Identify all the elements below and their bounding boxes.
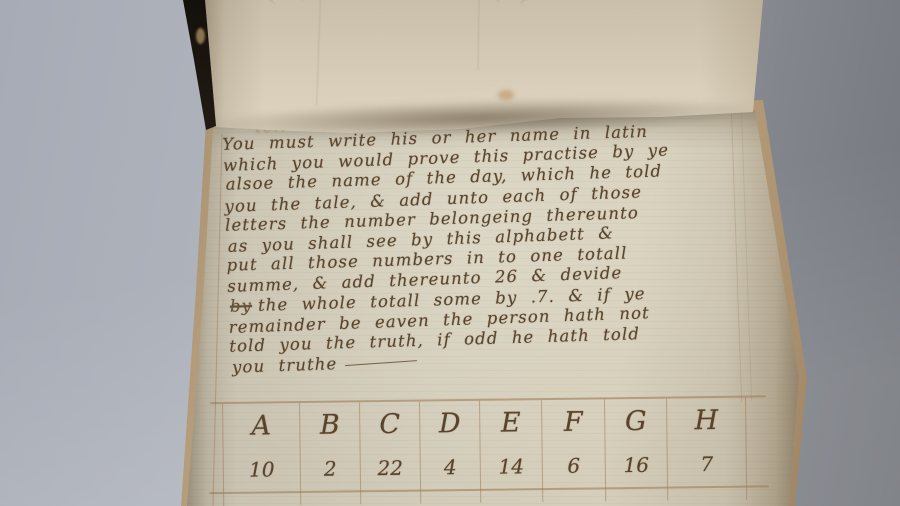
pen-flourish [345, 360, 417, 366]
left-margin-rule [212, 134, 222, 506]
faded-ink-stroke [519, 0, 567, 14]
alphabet-number-table: A 10 B 2 C 22 D 4 E 14 [222, 396, 749, 506]
letter-value: 2 [324, 449, 337, 489]
table-cell: F 6 [541, 399, 605, 502]
handwriting-line-text: you truthe [232, 354, 338, 377]
faded-ink-stroke [299, 0, 395, 11]
handwritten-text-block: You must write his or her name in latin … [222, 118, 752, 378]
frayed-binding-thread [196, 28, 205, 44]
struck-out-word: by [230, 296, 253, 316]
paper-crease [477, 0, 479, 70]
letter-value: 16 [623, 445, 649, 485]
letter-value: 10 [249, 449, 275, 489]
letter-label: H [694, 398, 718, 444]
letter-value: 4 [444, 447, 457, 487]
table-cell: C 22 [359, 402, 420, 505]
letter-label: D [439, 401, 461, 447]
manuscript-page: tell truthe or not You must write his or… [185, 104, 803, 506]
letter-label: G [625, 399, 647, 445]
photo-scene: tell truthe or not You must write his or… [0, 0, 900, 506]
faded-ink-stroke [214, 0, 276, 14]
letter-value: 7 [700, 444, 713, 484]
table-cells-row: A 10 B 2 C 22 D 4 E 14 [222, 398, 747, 506]
table-cell: A 10 [222, 403, 300, 506]
letter-value: 14 [498, 446, 524, 486]
paper-crease [316, 0, 321, 105]
letter-value: 6 [567, 446, 580, 486]
letter-label: E [501, 400, 521, 446]
table-cell: D 4 [419, 401, 480, 504]
faded-ink-stroke [429, 0, 500, 13]
letter-label: A [251, 403, 271, 449]
letter-label: B [320, 403, 340, 449]
table-cell: B 2 [299, 402, 360, 505]
letter-label: C [379, 402, 400, 448]
table-cell: G 16 [604, 399, 667, 502]
table-cell: E 14 [479, 400, 542, 503]
letter-value: 22 [377, 448, 403, 488]
letter-label: F [564, 400, 583, 446]
table-cell: H 7 [666, 398, 747, 501]
